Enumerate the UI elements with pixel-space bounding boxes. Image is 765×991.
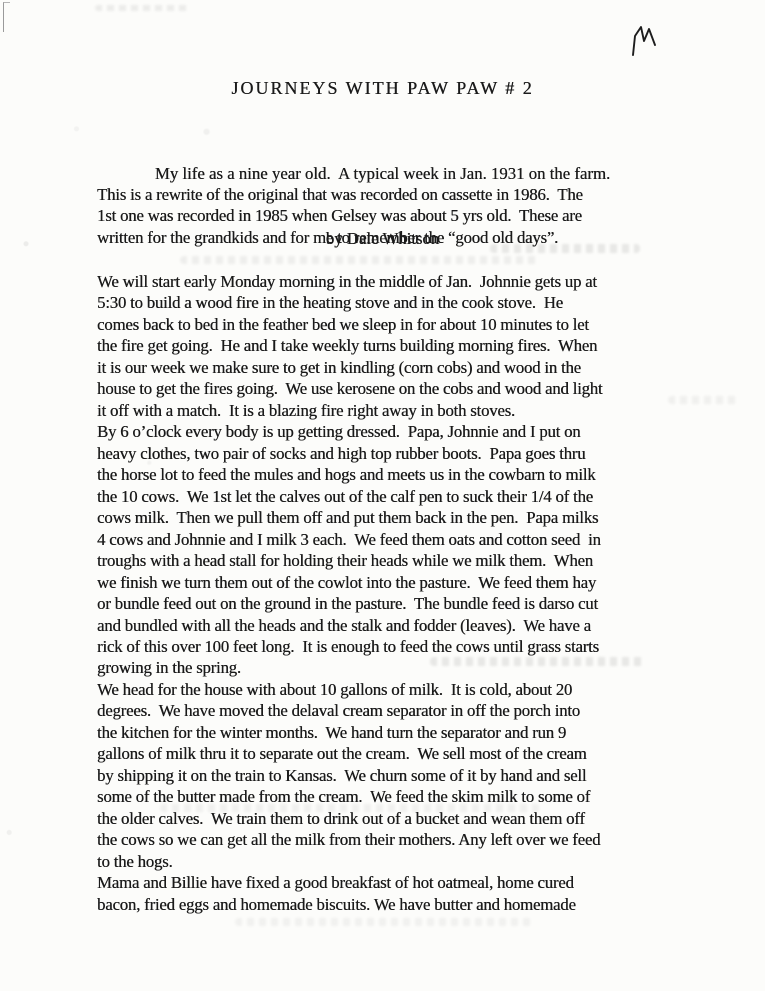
text-line: 5:30 to build a wood fire in the heating… (97, 292, 717, 313)
text-line: troughs with a head stall for holding th… (97, 550, 717, 571)
bleedthrough-smudge (95, 5, 190, 11)
paragraph-intro: This is a rewrite of the original that w… (97, 184, 717, 248)
text-line: heavy clothes, two pair of socks and hig… (97, 443, 717, 464)
handwritten-m-mark-icon (628, 24, 662, 58)
text-line: 4 cows and Johnnie and I milk 3 each. We… (97, 529, 717, 550)
bleedthrough-smudge (160, 804, 540, 812)
bleedthrough-smudge (180, 256, 540, 264)
bleedthrough-smudge (668, 396, 738, 404)
subtitle-line: My life as a nine year old. A typical we… (0, 163, 765, 185)
document-title: JOURNEYS WITH PAW PAW # 2 (0, 78, 765, 99)
text-line: we finish we turn them out of the cowlot… (97, 572, 717, 593)
text-line: it off with a match. It is a blazing fir… (97, 400, 717, 421)
text-line: This is a rewrite of the original that w… (97, 184, 717, 205)
text-line: Mama and Billie have fixed a good breakf… (97, 872, 717, 893)
paragraph-body: We will start early Monday morning in th… (97, 271, 717, 915)
text-line: bacon, fried eggs and homemade biscuits.… (97, 894, 717, 915)
text-line: or bundle feed out on the ground in the … (97, 593, 717, 614)
text-line: 1st one was recorded in 1985 when Gelsey… (97, 205, 717, 226)
text-line: degrees. We have moved the delaval cream… (97, 700, 717, 721)
scanned-document-page: JOURNEYS WITH PAW PAW # 2 My life as a n… (0, 0, 765, 991)
text-line: By 6 o’clock every body is up getting dr… (97, 421, 717, 442)
text-line: the 10 cows. We 1st let the calves out o… (97, 486, 717, 507)
bleedthrough-smudge (430, 657, 645, 666)
text-line: rick of this over 100 feet long. It is e… (97, 636, 717, 657)
text-line: the kitchen for the winter months. We ha… (97, 722, 717, 743)
text-line: cows milk. Then we pull them off and put… (97, 507, 717, 528)
text-line: gallons of milk thru it to separate out … (97, 743, 717, 764)
text-line: the horse lot to feed the mules and hogs… (97, 464, 717, 485)
bleedthrough-smudge (235, 918, 535, 926)
bleedthrough-smudge (490, 244, 640, 253)
text-line: We head for the house with about 10 gall… (97, 679, 717, 700)
text-line: by shipping it on the train to Kansas. W… (97, 765, 717, 786)
text-line: and bundled with all the heads and the s… (97, 615, 717, 636)
text-line: We will start early Monday morning in th… (97, 271, 717, 292)
text-line: house to get the fires going. We use ker… (97, 378, 717, 399)
text-line: the cows so we can get all the milk from… (97, 829, 717, 850)
text-line: comes back to bed in the feather bed we … (97, 314, 717, 335)
text-line: to the hogs. (97, 851, 717, 872)
text-line: it is our week we make sure to get in ki… (97, 357, 717, 378)
scan-edge-artifact (3, 2, 10, 32)
text-line: the fire get going. He and I take weekly… (97, 335, 717, 356)
